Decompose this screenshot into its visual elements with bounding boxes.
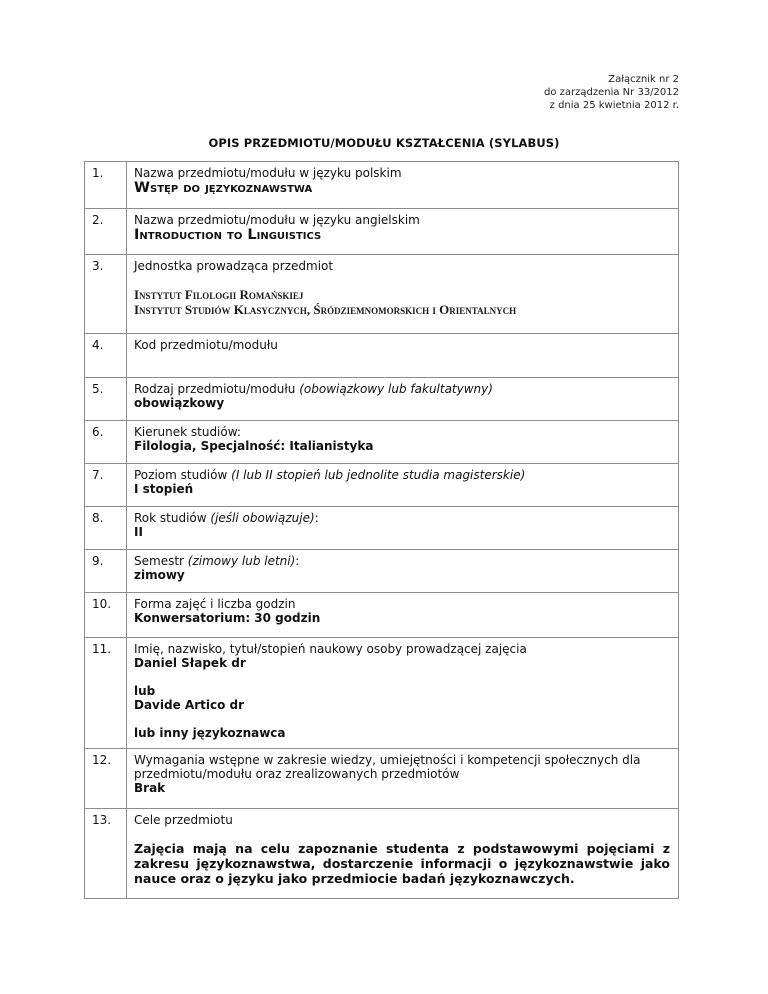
table-row: 2. Nazwa przedmiotu/modułu w języku angi… — [85, 209, 679, 255]
field-label: Kod przedmiotu/modułu — [134, 338, 670, 352]
field-label: Poziom studiów (I lub II stopień lub jed… — [134, 468, 670, 482]
row-number: 10. — [85, 593, 127, 638]
row-content: Rodzaj przedmiotu/modułu (obowiązkowy lu… — [127, 378, 679, 421]
table-row: 10. Forma zajęć i liczba godzin Konwersa… — [85, 593, 679, 638]
instructor-3: lub inny językoznawca — [134, 726, 670, 740]
study-level: I stopień — [134, 482, 670, 496]
row-number: 11. — [85, 638, 127, 749]
table-row: 1. Nazwa przedmiotu/modułu w języku pols… — [85, 162, 679, 209]
field-label: Cele przedmiotu — [134, 813, 670, 827]
annex-line-2: do zarządzenia Nr 33/2012 — [544, 86, 679, 99]
row-content: Cele przedmiotu Zajęcia mają na celu zap… — [127, 809, 679, 899]
row-number: 1. — [85, 162, 127, 209]
study-year: II — [134, 525, 670, 539]
prerequisites: Brak — [134, 781, 670, 795]
field-hint: (zimowy lub letni) — [188, 554, 296, 568]
row-content: Nazwa przedmiotu/modułu w języku polskim… — [127, 162, 679, 209]
row-content: Nazwa przedmiotu/modułu w języku angiels… — [127, 209, 679, 255]
syllabus-table: 1. Nazwa przedmiotu/modułu w języku pols… — [84, 161, 679, 899]
field-of-study: Filologia, Specjalność: Italianistyka — [134, 439, 670, 453]
instructor-2: Davide Artico dr — [134, 698, 670, 712]
field-label: Nazwa przedmiotu/modułu w języku angiels… — [134, 213, 670, 227]
annex-line-1: Załącznik nr 2 — [544, 73, 679, 86]
document-title: OPIS PRZEDMIOTU/MODUŁU KSZTAŁCENIA (SYLA… — [0, 136, 768, 150]
field-hint: (obowiązkowy lub fakultatywny) — [299, 382, 493, 396]
unit-name-1: Instytut Filologii Romańskiej — [134, 287, 670, 302]
table-row: 4. Kod przedmiotu/modułu — [85, 334, 679, 378]
annex-line-3: z dnia 25 kwietnia 2012 r. — [544, 99, 679, 112]
field-hint: (I lub II stopień lub jednolite studia m… — [231, 468, 525, 482]
field-label: Wymagania wstępne w zakresie wiedzy, umi… — [134, 753, 670, 781]
row-number: 9. — [85, 550, 127, 593]
row-content: Kod przedmiotu/modułu — [127, 334, 679, 378]
field-label: Forma zajęć i liczba godzin — [134, 597, 670, 611]
field-label: Nazwa przedmiotu/modułu w języku polskim — [134, 166, 670, 180]
field-label: Imię, nazwisko, tytuł/stopień naukowy os… — [134, 642, 670, 656]
field-label: Semestr (zimowy lub letni): — [134, 554, 670, 568]
instructor-1: Daniel Słapek dr — [134, 656, 670, 670]
table-row: 7. Poziom studiów (I lub II stopień lub … — [85, 464, 679, 507]
row-content: Forma zajęć i liczba godzin Konwersatori… — [127, 593, 679, 638]
table-row: 6. Kierunek studiów: Filologia, Specjaln… — [85, 421, 679, 464]
table-row: 5. Rodzaj przedmiotu/modułu (obowiązkowy… — [85, 378, 679, 421]
row-content: Jednostka prowadząca przedmiot Instytut … — [127, 255, 679, 334]
table-row: 9. Semestr (zimowy lub letni): zimowy — [85, 550, 679, 593]
row-content: Rok studiów (jeśli obowiązuje): II — [127, 507, 679, 550]
annex-note: Załącznik nr 2 do zarządzenia Nr 33/2012… — [544, 73, 679, 112]
row-number: 8. — [85, 507, 127, 550]
row-number: 3. — [85, 255, 127, 334]
course-objectives: Zajęcia mają na celu zapoznanie studenta… — [134, 841, 670, 886]
row-number: 6. — [85, 421, 127, 464]
row-number: 4. — [85, 334, 127, 378]
row-number: 7. — [85, 464, 127, 507]
row-number: 5. — [85, 378, 127, 421]
row-content: Semestr (zimowy lub letni): zimowy — [127, 550, 679, 593]
row-number: 2. — [85, 209, 127, 255]
field-label: Jednostka prowadząca przedmiot — [134, 259, 670, 273]
course-name-pl: Wstęp do językoznawstwa — [134, 180, 670, 197]
class-form-hours: Konwersatorium: 30 godzin — [134, 611, 670, 625]
table-row: 8. Rok studiów (jeśli obowiązuje): II — [85, 507, 679, 550]
course-name-en: Introduction to Linguistics — [134, 227, 670, 244]
row-number: 13. — [85, 809, 127, 899]
row-content: Imię, nazwisko, tytuł/stopień naukowy os… — [127, 638, 679, 749]
table-row: 12. Wymagania wstępne w zakresie wiedzy,… — [85, 749, 679, 809]
field-label: Rodzaj przedmiotu/modułu (obowiązkowy lu… — [134, 382, 670, 396]
field-label: Kierunek studiów: — [134, 425, 670, 439]
or-text: lub — [134, 684, 670, 698]
row-content: Poziom studiów (I lub II stopień lub jed… — [127, 464, 679, 507]
field-hint: (jeśli obowiązuje) — [210, 511, 314, 525]
unit-name-2: Instytut Studiów Klasycznych, Śródziemno… — [134, 302, 670, 317]
table-row: 11. Imię, nazwisko, tytuł/stopień naukow… — [85, 638, 679, 749]
course-type: obowiązkowy — [134, 396, 670, 410]
row-number: 12. — [85, 749, 127, 809]
field-label: Rok studiów (jeśli obowiązuje): — [134, 511, 670, 525]
table-row: 3. Jednostka prowadząca przedmiot Instyt… — [85, 255, 679, 334]
row-content: Wymagania wstępne w zakresie wiedzy, umi… — [127, 749, 679, 809]
row-content: Kierunek studiów: Filologia, Specjalność… — [127, 421, 679, 464]
table-row: 13. Cele przedmiotu Zajęcia mają na celu… — [85, 809, 679, 899]
semester: zimowy — [134, 568, 670, 582]
